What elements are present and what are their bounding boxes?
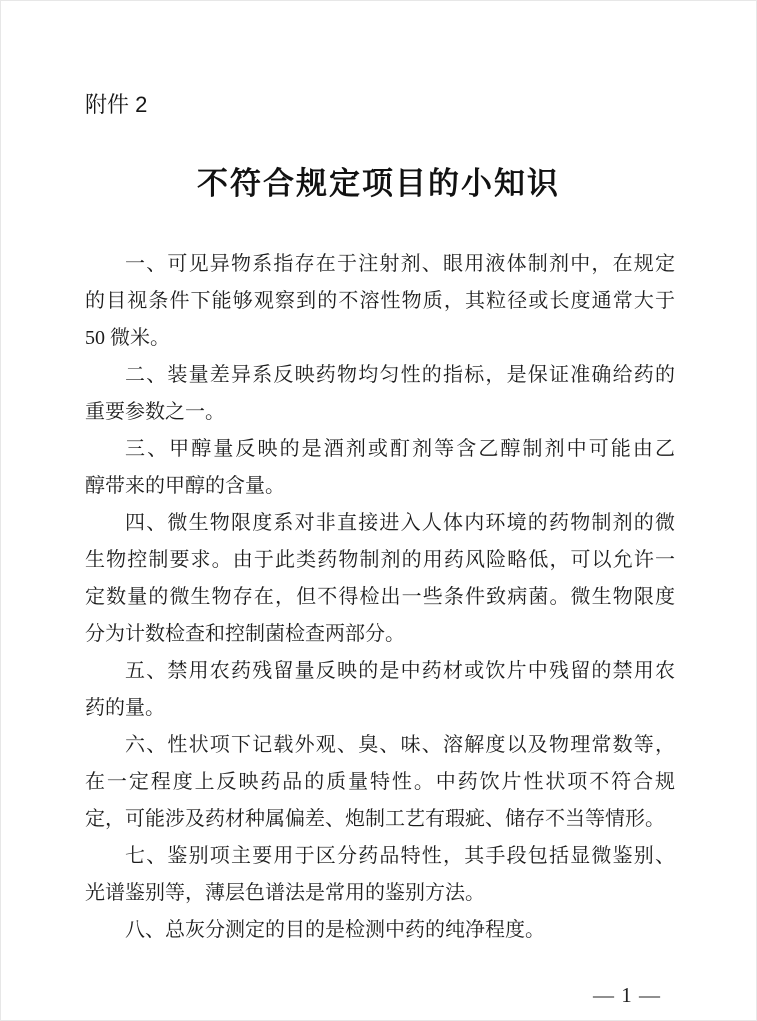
text-line: 的目视条件下能够观察到的不溶性物质，其粒径或长度通常大于 — [85, 283, 675, 320]
page-title: 不符合规定项目的小知识 — [0, 166, 757, 202]
text-line: 三、甲醇量反映的是酒剂或酊剂等含乙醇制剂中可能由乙 — [85, 431, 675, 468]
text-line: 50 微米。 — [85, 320, 675, 357]
text-line: 二、装量差异系反映药物均匀性的指标，是保证准确给药的 — [85, 357, 675, 394]
attachment-label: 附件 2 — [85, 92, 147, 118]
text-line: 四、微生物限度系对非直接进入人体内环境的药物制剂的微 — [85, 505, 675, 542]
text-line: 生物控制要求。由于此类药物制剂的用药风险略低，可以允许一 — [85, 542, 675, 579]
text-line: 光谱鉴别等，薄层色谱法是常用的鉴别方法。 — [85, 875, 675, 912]
page-number: — 1 — — [593, 983, 661, 1007]
text-line: 七、鉴别项主要用于区分药品特性，其手段包括显微鉴别、 — [85, 838, 675, 875]
text-line: 五、禁用农药残留量反映的是中药材或饮片中残留的禁用农 — [85, 653, 675, 690]
text-line: 药的量。 — [85, 690, 675, 727]
text-line: 定数量的微生物存在，但不得检出一些条件致病菌。微生物限度 — [85, 579, 675, 616]
text-line: 在一定程度上反映药品的质量特性。中药饮片性状项不符合规 — [85, 764, 675, 801]
document-page: 附件 2 不符合规定项目的小知识 一、可见异物系指存在于注射剂、眼用液体制剂中，… — [0, 0, 757, 1021]
text-line: 醇带来的甲醇的含量。 — [85, 468, 675, 505]
text-line: 分为计数检查和控制菌检查两部分。 — [85, 616, 675, 653]
text-line: 重要参数之一。 — [85, 394, 675, 431]
text-line: 八、总灰分测定的目的是检测中药的纯净程度。 — [85, 912, 675, 949]
document-body: 一、可见异物系指存在于注射剂、眼用液体制剂中，在规定的目视条件下能够观察到的不溶… — [85, 246, 675, 949]
text-line: 六、性状项下记载外观、臭、味、溶解度以及物理常数等， — [85, 727, 675, 764]
text-line: 定，可能涉及药材种属偏差、炮制工艺有瑕疵、储存不当等情形。 — [85, 801, 675, 838]
text-line: 一、可见异物系指存在于注射剂、眼用液体制剂中，在规定 — [85, 246, 675, 283]
